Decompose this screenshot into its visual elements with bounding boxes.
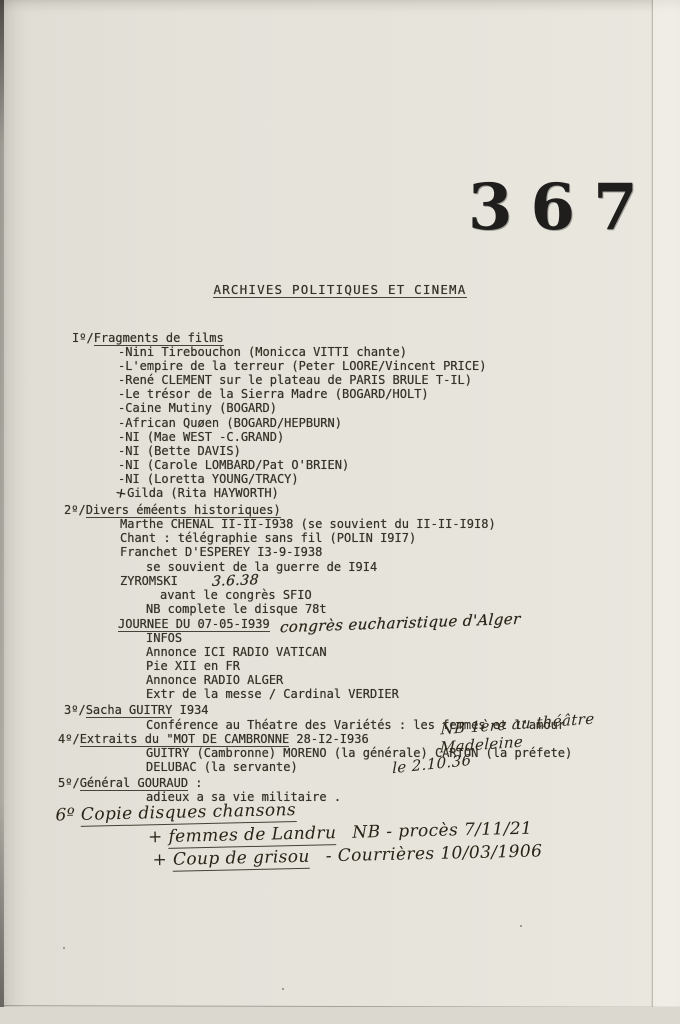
- film-item: -NI (Carole LOMBARD/Pat O'BRIEN): [118, 458, 680, 472]
- entry-chant-telegraphie: Chant : télégraphie sans fil (POLIN I9I7…: [120, 531, 680, 545]
- film-item: -NI (Mae WEST -C.GRAND): [118, 430, 680, 444]
- section-1-marker: Iº/: [72, 331, 94, 345]
- entry-marthe-chenal: Marthe CHENAL II-II-I938 (se souvient du…: [120, 517, 680, 531]
- paper-speck: [63, 947, 65, 949]
- section-3-marker: 3º/: [64, 703, 86, 717]
- document-title: ARCHIVES POLITIQUES ET CINEMA: [0, 282, 680, 297]
- handwritten-plus-mark: +: [114, 484, 128, 502]
- entry-radio-vatican: Annonce ICI RADIO VATICAN: [146, 645, 680, 659]
- section-5-heading: 5º/Général GOURAUD :: [58, 776, 680, 790]
- handwritten-item-landru-name: femmes de Landru: [168, 823, 336, 849]
- film-item: -NI (Loretta YOUNG/TRACY): [118, 472, 680, 486]
- handwritten-item-landru-note: NB - procès 7/11/21: [352, 819, 532, 843]
- section-5-title: Général GOURAUD: [80, 776, 188, 791]
- section-5-marker: 5º/: [58, 776, 80, 790]
- film-item: -René CLEMENT sur le plateau de PARIS BR…: [118, 373, 680, 387]
- section-6-title: Copie disques chansons: [81, 800, 297, 827]
- entry-radio-alger: Annonce RADIO ALGER: [146, 673, 680, 687]
- scanned-document-page: 367 ARCHIVES POLITIQUES ET CINEMA Iº/Fra…: [0, 0, 680, 1024]
- section-5-colon: :: [188, 776, 202, 790]
- entry-messe-verdier: Extr de la messe / Cardinal VERDIER: [146, 687, 680, 701]
- entry-infos: INFOS: [146, 631, 680, 645]
- handwritten-plus-mark: +: [148, 827, 169, 847]
- entry-franchet-esperey: Franchet D'ESPEREY I3-9-I938: [120, 545, 680, 559]
- film-item: -NI (Bette DAVIS): [118, 444, 680, 458]
- handwritten-note-congres-eucharistique: congrès eucharistique d'Alger: [279, 612, 521, 635]
- section-1-heading: Iº/Fragments de films: [72, 331, 680, 345]
- section-6-marker: 6º: [55, 805, 81, 826]
- entry-souvient-guerre: se souvient de la guerre de I9I4: [146, 560, 680, 574]
- paper-speck: [520, 925, 522, 927]
- section-2-title: Divers éméents historiques): [86, 503, 281, 518]
- paper-speck: [282, 988, 284, 990]
- entry-congres-sfio: avant le congrès SFIO: [160, 588, 680, 602]
- entry-pie-xii: Pie XII en FR: [146, 659, 680, 673]
- film-item-gilda: +Gilda (Rita HAYWORTH): [116, 486, 680, 500]
- section-3-date: I934: [172, 703, 208, 717]
- film-item: -L'empire de la terreur (Peter LOORE/Vin…: [118, 359, 680, 373]
- film-item: -Nini Tirebouchon (Monicca VITTI chante): [118, 345, 680, 359]
- section-3-title: Sacha GUITRY: [86, 703, 173, 718]
- film-item: -Caine Mutiny (BOGARD): [118, 401, 680, 415]
- page-bottom-strip: [0, 1007, 680, 1024]
- handwritten-item-grisou-name: Coup de grisou: [173, 847, 310, 872]
- entry-journee-text: JOURNEE DU 07-05-I939: [118, 617, 270, 632]
- section-1-title: Fragments de films: [94, 331, 224, 346]
- section-4-marker: 4º/: [58, 732, 80, 746]
- film-item: -African Quøen (BOGARD/HEPBURN): [118, 416, 680, 430]
- section-4-date: 28-I2-I936: [289, 732, 368, 746]
- film-item-gilda-text: Gilda (Rita HAYWORTH): [127, 486, 279, 500]
- handwritten-plus-mark: +: [152, 850, 173, 870]
- section-2-marker: 2º/: [64, 503, 86, 517]
- entry-journee: JOURNEE DU 07-05-I939congrès eucharistiq…: [118, 616, 680, 631]
- section-2-heading: 2º/Divers éméents historiques): [64, 503, 680, 517]
- entry-zyromski: ZYROMSKI3.6.38: [120, 574, 680, 588]
- film-item: -Le trésor de la Sierra Madre (BOGARD/HO…: [118, 387, 680, 401]
- entry-zyromski-text: ZYROMSKI: [120, 574, 178, 588]
- section-6-handwritten: 6º Copie disques chansons + femmes de La…: [0, 791, 680, 874]
- section-4-title: Extraits du "MOT DE CAMBRONNE: [80, 732, 290, 747]
- page-number-stamp: 367: [468, 176, 656, 240]
- handwritten-item-grisou-note: - Courrières 10/03/1906: [326, 841, 543, 866]
- handwritten-note-zyromski-date: 3.6.38: [211, 573, 259, 589]
- document-title-text: ARCHIVES POLITIQUES ET CINEMA: [213, 282, 466, 298]
